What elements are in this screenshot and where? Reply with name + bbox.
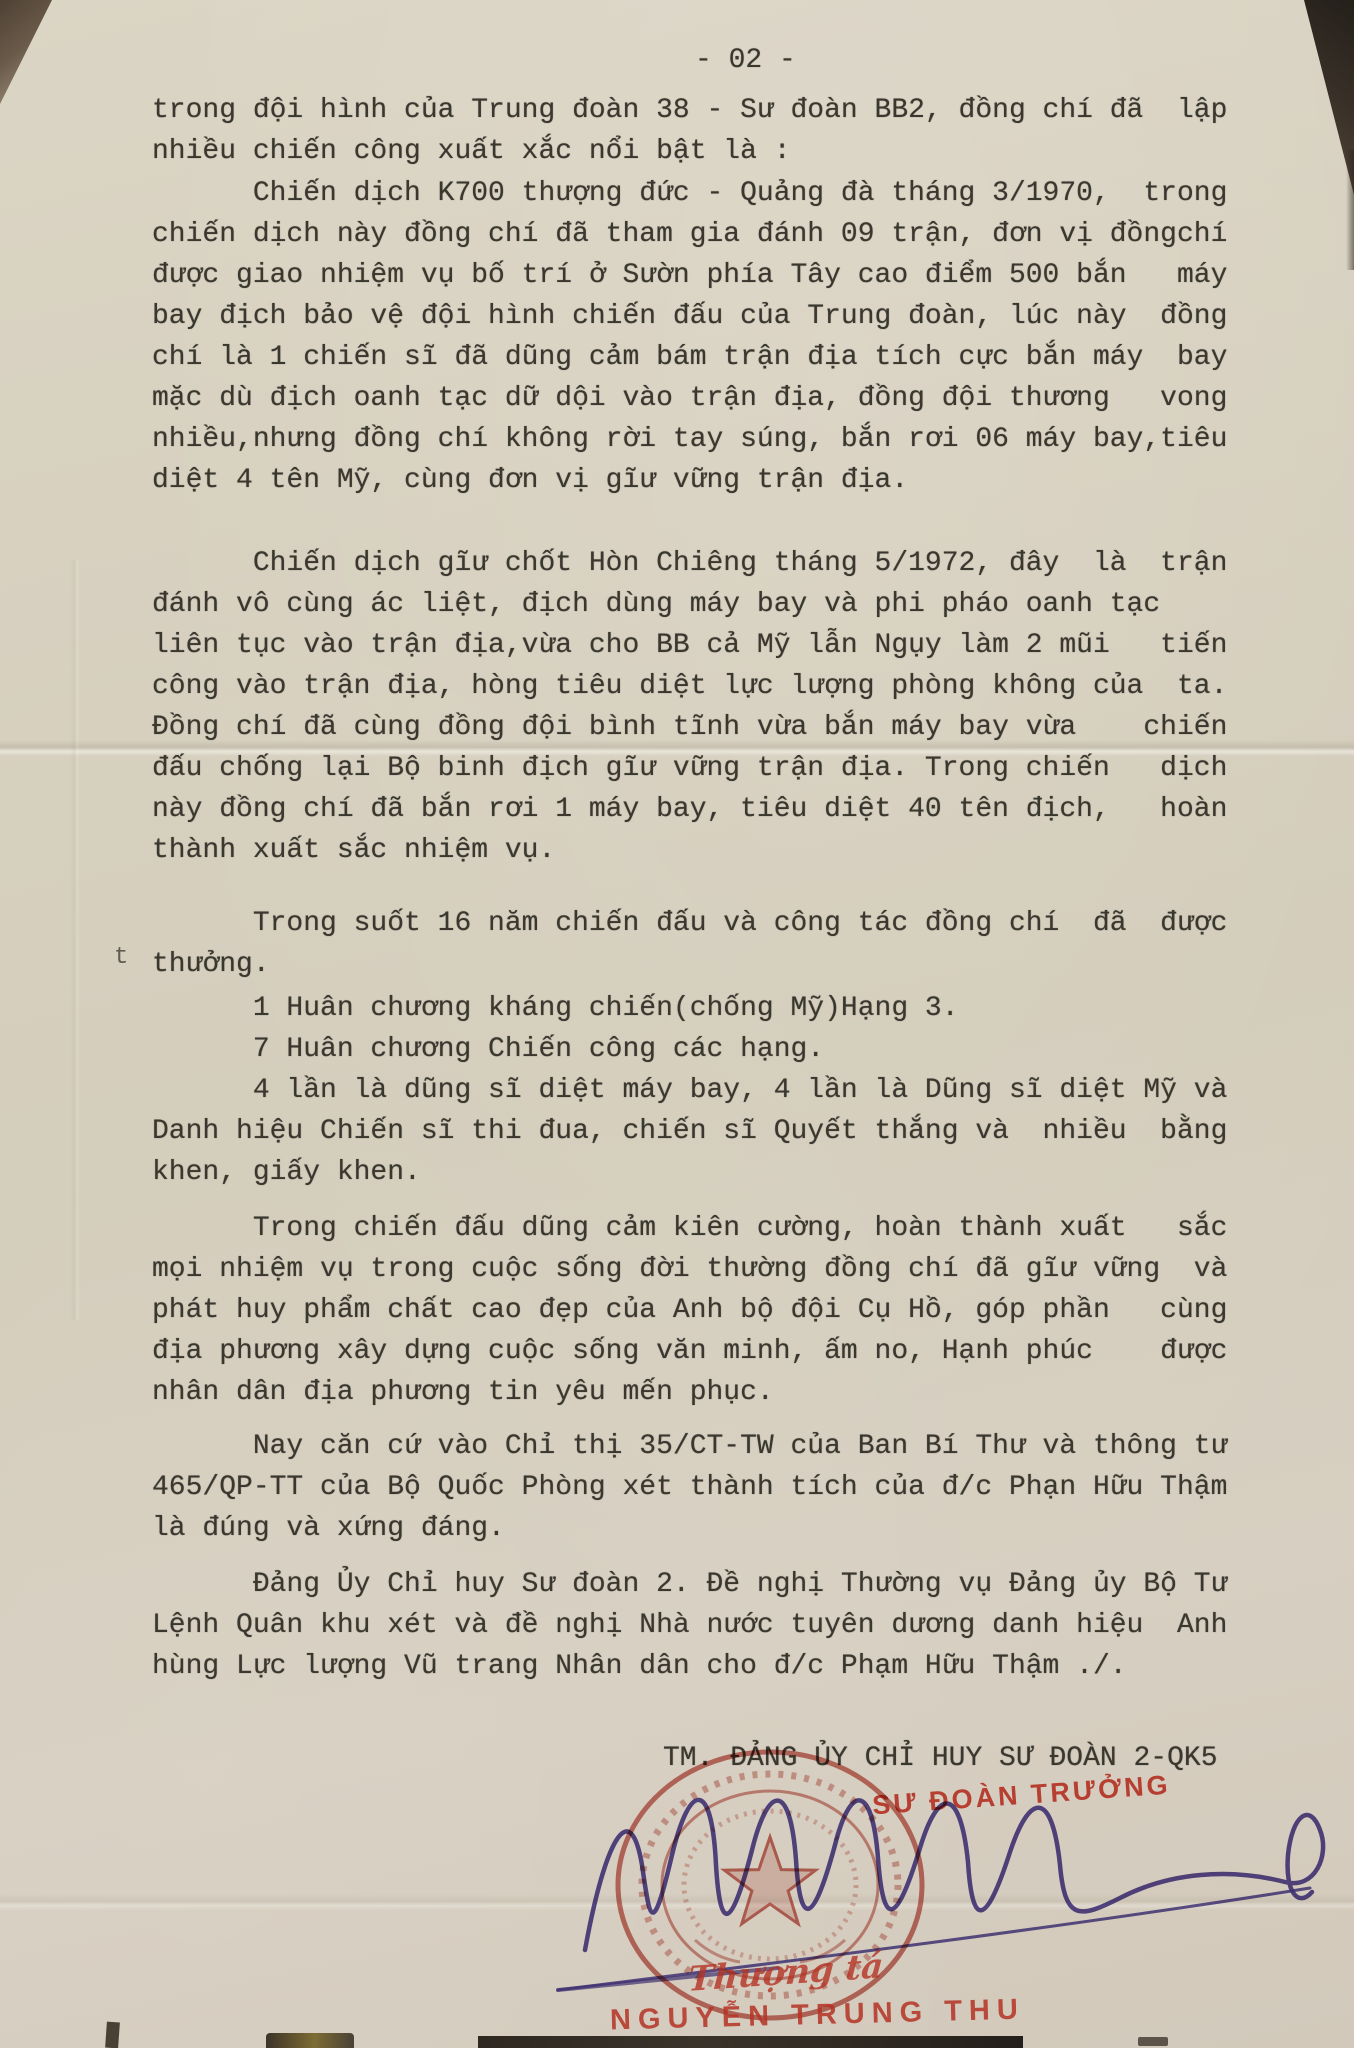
paragraph-campaign-hon-chieng: Chiến dịch gĩư chốt Hòn Chiêng tháng 5/1… [152, 543, 1227, 871]
paragraph-continued: trong đội hình của Trung đoàn 38 - Sư đo… [152, 90, 1227, 172]
bottom-edge-mark [105, 2022, 120, 2048]
bottom-edge-mark [266, 2033, 354, 2048]
awards-list: 1 Huân chương kháng chiến(chống Mỹ)Hạng … [152, 988, 1227, 1193]
torn-corner-top-left [0, 0, 52, 104]
paragraph-conduct: Trong chiến đấu dũng cảm kiên cường, hoà… [152, 1208, 1227, 1413]
paragraph-16-years: Trong suốt 16 năm chiến đấu và công tác … [152, 903, 1227, 985]
stray-margin-mark: t [114, 944, 128, 971]
paragraph-directive: Nay căn cứ vào Chỉ thị 35/CT-TW của Ban … [152, 1426, 1227, 1549]
vertical-fold-crease [70, 560, 80, 1320]
paragraph-campaign-k700: Chiến dịch K700 thượng đức - Quảng đà th… [152, 173, 1227, 501]
right-edge-shadow [1346, 150, 1354, 270]
page-number: - 02 - [695, 45, 796, 77]
document-page: - 02 - trong đội hình của Trung đoàn 38 … [0, 0, 1354, 2048]
